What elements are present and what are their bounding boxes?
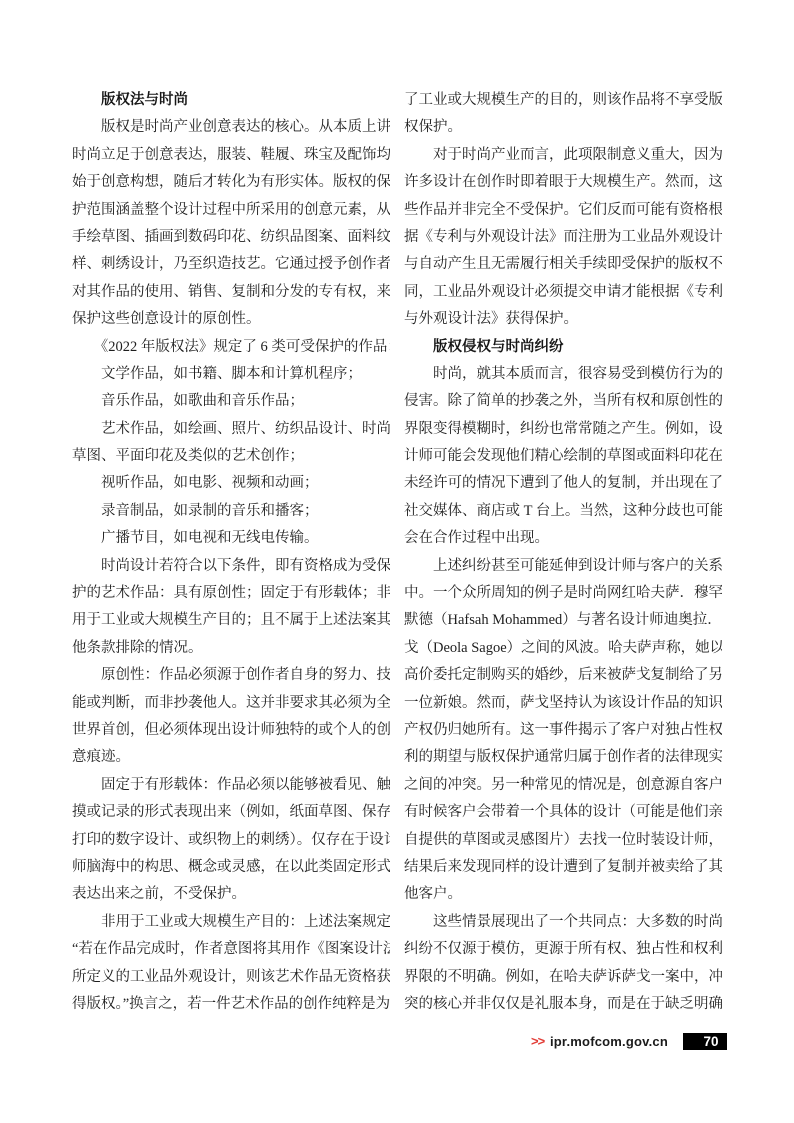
text-line: 他客户。 bbox=[404, 881, 722, 908]
text-line: 未经许可的情况下遭到了他人的复制，并出现在了 bbox=[404, 470, 722, 497]
text-line: 音乐作品，如歌曲和音乐作品； bbox=[72, 388, 390, 415]
text-line: 权保护。 bbox=[404, 114, 722, 141]
text-line: 社交媒体、商店或 T 台上。当然，这种分歧也可能 bbox=[404, 498, 722, 525]
text-line: 护的艺术作品：具有原创性；固定于有形载体；非 bbox=[72, 580, 390, 607]
text-line: 摸或记录的形式表现出来（例如，纸面草图、保存/ bbox=[72, 799, 390, 826]
text-line: 计师可能会发现他们精心绘制的草图或面料印花在 bbox=[404, 443, 722, 470]
column-left: 版权法与时尚 版权是时尚产业创意表达的核心。从本质上讲，时尚立足于创意表达，服装… bbox=[72, 87, 390, 1018]
text-line: 文学作品，如书籍、脚本和计算机程序； bbox=[72, 361, 390, 388]
text-line: 许多设计在创作时即着眼于大规模生产。然而，这 bbox=[404, 169, 722, 196]
text-line: 时尚立足于创意表达，服装、鞋履、珠宝及配饰均 bbox=[72, 142, 390, 169]
text-line: 了工业或大规模生产的目的，则该作品将不享受版 bbox=[404, 87, 722, 114]
text-line: 中。一个众所周知的例子是时尚网红哈夫萨．穆罕 bbox=[404, 580, 722, 607]
text-line: 默德（Hafsah Mohammed）与著名设计师迪奥拉．萨 bbox=[404, 607, 722, 634]
text-line: 同，工业品外观设计必须提交申请才能根据《专利 bbox=[404, 279, 722, 306]
text-line: 有时候客户会带着一个具体的设计（可能是他们亲 bbox=[404, 799, 722, 826]
text-line: 用于工业或大规模生产目的；且不属于上述法案其 bbox=[72, 607, 390, 634]
text-line: 视听作品，如电影、视频和动画； bbox=[72, 470, 390, 497]
text-line: 始于创意构想，随后才转化为有形实体。版权的保 bbox=[72, 169, 390, 196]
text-line: 时尚设计若符合以下条件，即有资格成为受保 bbox=[72, 553, 390, 580]
text-line: 艺术作品，如绘画、照片、纺织品设计、时尚 bbox=[72, 416, 390, 443]
text-line: 样、刺绣设计，乃至织造技艺。它通过授予创作者 bbox=[72, 251, 390, 278]
text-line: 广播节目，如电视和无线电传输。 bbox=[72, 525, 390, 552]
text-line: “若在作品完成时，作者意图将其用作《图案设计法》 bbox=[72, 936, 390, 963]
text-line: 护范围涵盖整个设计过程中所采用的创意元素，从 bbox=[72, 197, 390, 224]
text-line: 与自动产生且无需履行相关手续即受保护的版权不 bbox=[404, 251, 722, 278]
text-line: 这些情景展现出了一个共同点：大多数的时尚 bbox=[404, 909, 722, 936]
text-line: 产权仍归她所有。这一事件揭示了客户对独占性权 bbox=[404, 717, 722, 744]
text-line: 会在合作过程中出现。 bbox=[404, 525, 722, 552]
text-line: 版权是时尚产业创意表达的核心。从本质上讲， bbox=[72, 114, 390, 141]
text-line: 保护这些创意设计的原创性。 bbox=[72, 306, 390, 333]
section-heading-line: 版权侵权与时尚纠纷 bbox=[404, 334, 722, 361]
text-line: 师脑海中的构思、概念或灵感，在以此类固定形式 bbox=[72, 854, 390, 881]
document-page: 版权法与时尚 版权是时尚产业创意表达的核心。从本质上讲，时尚立足于创意表达，服装… bbox=[0, 0, 794, 1123]
page-number: 70 bbox=[703, 1034, 718, 1049]
text-line: 得版权。”换言之，若一件艺术作品的创作纯粹是为 bbox=[72, 991, 390, 1018]
text-line: 所定义的工业品外观设计，则该艺术作品无资格获 bbox=[72, 964, 390, 991]
text-line: 戈（Deola Sagoe）之间的风波。哈夫萨声称，她以 bbox=[404, 635, 722, 662]
text-line: 之间的冲突。另一种常见的情况是，创意源自客户。 bbox=[404, 772, 722, 799]
text-line: 世界首创，但必须体现出设计师独特的或个人的创 bbox=[72, 717, 390, 744]
text-line: 对于时尚产业而言，此项限制意义重大，因为 bbox=[404, 142, 722, 169]
section-heading-line: 版权法与时尚 bbox=[72, 87, 390, 114]
text-line: 能或判断，而非抄袭他人。这并非要求其必须为全 bbox=[72, 690, 390, 717]
footer-site-text: ipr.mofcom.gov.cn bbox=[550, 1034, 668, 1049]
text-line: 录音制品，如录制的音乐和播客； bbox=[72, 498, 390, 525]
text-line: 一位新娘。然而，萨戈坚持认为该设计作品的知识 bbox=[404, 690, 722, 717]
text-line: 他条款排除的情况。 bbox=[72, 635, 390, 662]
text-line: 些作品并非完全不受保护。它们反而可能有资格根 bbox=[404, 197, 722, 224]
text-line: 意痕迹。 bbox=[72, 744, 390, 771]
text-line: 侵害。除了简单的抄袭之外，当所有权和原创性的 bbox=[404, 388, 722, 415]
text-line: 纠纷不仅源于模仿，更源于所有权、独占性和权利 bbox=[404, 936, 722, 963]
text-line: 上述纠纷甚至可能延伸到设计师与客户的关系 bbox=[404, 553, 722, 580]
column-right: 了工业或大规模生产的目的，则该作品将不享受版权保护。 对于时尚产业而言，此项限制… bbox=[404, 87, 722, 1018]
text-line: 固定于有形载体：作品必须以能够被看见、触 bbox=[72, 772, 390, 799]
double-chevron-icon: >> bbox=[531, 1033, 544, 1048]
text-line: 对其作品的使用、销售、复制和分发的专有权，来 bbox=[72, 279, 390, 306]
text-line: 突的核心并非仅仅是礼服本身，而是在于缺乏明确 bbox=[404, 991, 722, 1018]
text-line: 利的期望与版权保护通常归属于创作者的法律现实 bbox=[404, 744, 722, 771]
text-line: 非用于工业或大规模生产目的：上述法案规定， bbox=[72, 909, 390, 936]
page-number-box: 70 bbox=[683, 1033, 727, 1050]
text-line: 《2022 年版权法》规定了 6 类可受保护的作品： bbox=[72, 334, 390, 361]
text-line: 与外观设计法》获得保护。 bbox=[404, 306, 722, 333]
text-line: 打印的数字设计、或织物上的刺绣）。仅存在于设计 bbox=[72, 827, 390, 854]
page-footer: >> ipr.mofcom.gov.cn 70 bbox=[0, 1032, 727, 1050]
text-line: 手绘草图、插画到数码印花、纺织品图案、面料纹 bbox=[72, 224, 390, 251]
text-line: 自提供的草图或灵感图片）去找一位时装设计师， bbox=[404, 827, 722, 854]
text-line: 时尚，就其本质而言，很容易受到模仿行为的 bbox=[404, 361, 722, 388]
text-line: 界限的不明确。例如，在哈夫萨诉萨戈一案中，冲 bbox=[404, 964, 722, 991]
text-line: 界限变得模糊时，纠纷也常常随之产生。例如，设 bbox=[404, 416, 722, 443]
text-line: 表达出来之前，不受保护。 bbox=[72, 881, 390, 908]
text-line: 结果后来发现同样的设计遭到了复制并被卖给了其 bbox=[404, 854, 722, 881]
text-line: 原创性：作品必须源于创作者自身的努力、技 bbox=[72, 662, 390, 689]
text-line: 高价委托定制购买的婚纱，后来被萨戈复制给了另 bbox=[404, 662, 722, 689]
text-line: 据《专利与外观设计法》而注册为工业品外观设计。 bbox=[404, 224, 722, 251]
text-line: 草图、平面印花及类似的艺术创作； bbox=[72, 443, 390, 470]
